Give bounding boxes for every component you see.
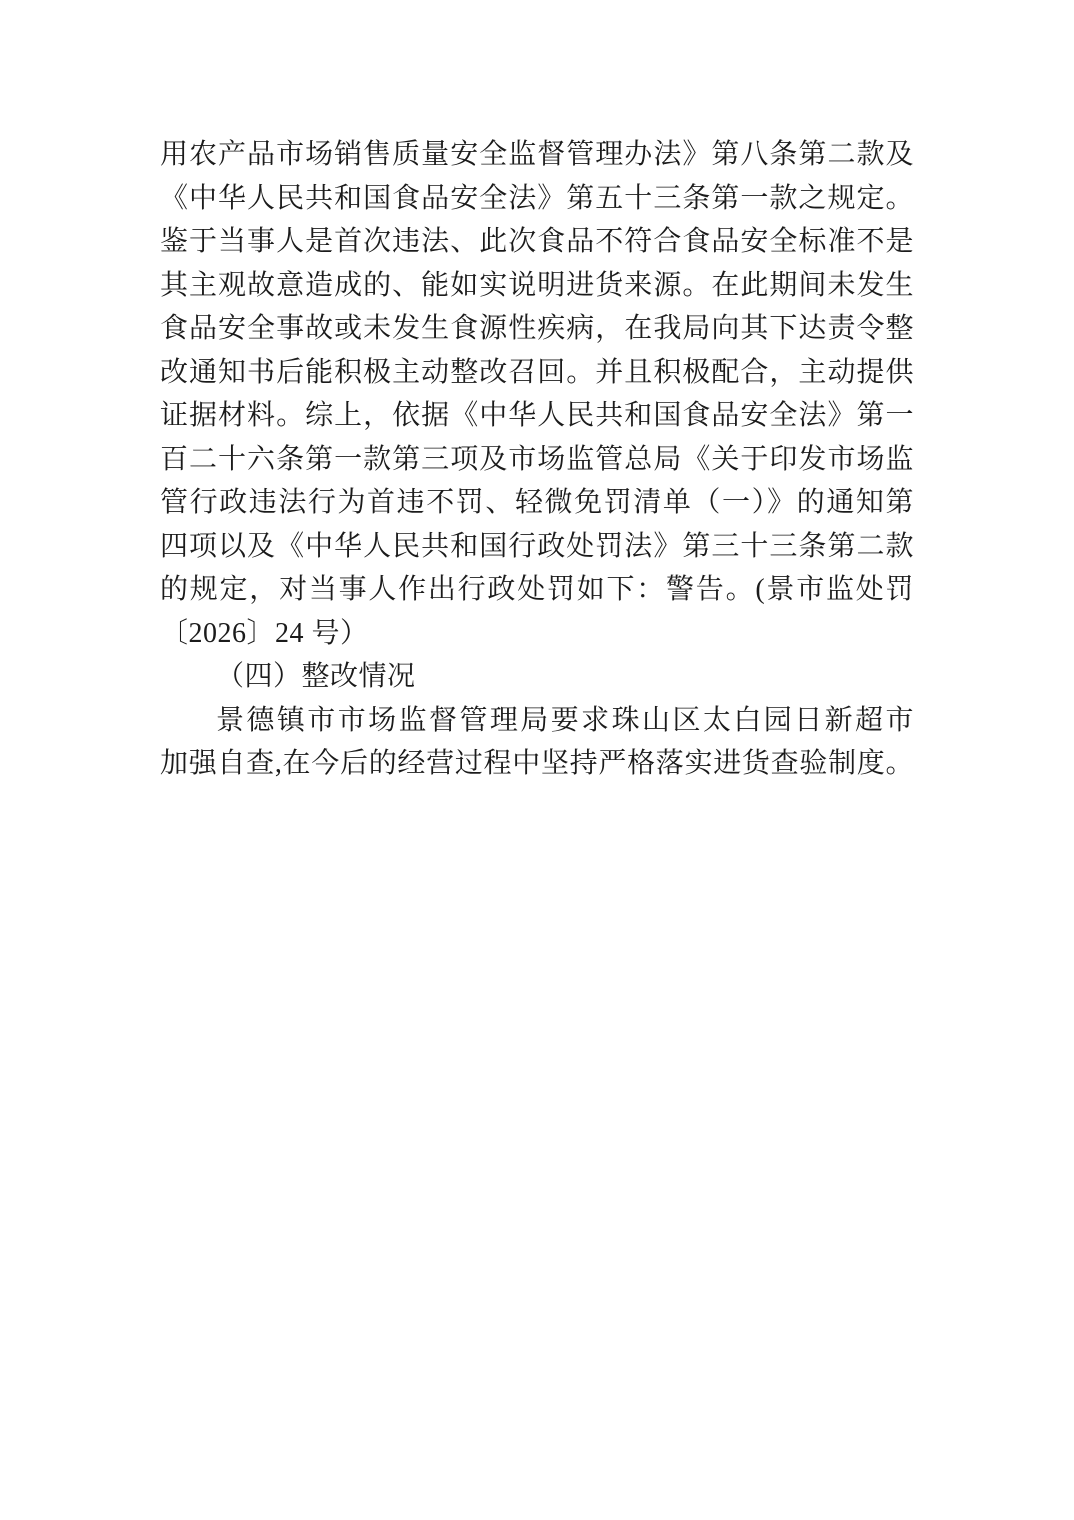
text-line-2: 《中华人民共和国食品安全法》第五十三条第一款之规定。 <box>160 177 914 221</box>
document-text-block: 用农产品市场销售质量安全监督管理办法》第八条第二款及 《中华人民共和国食品安全法… <box>160 133 914 786</box>
text-line-12-document-number: 〔2026〕24 号） <box>160 612 914 656</box>
text-line-1: 用农产品市场销售质量安全监督管理办法》第八条第二款及 <box>160 133 914 177</box>
text-line-14: 景德镇市市场监督管理局要求珠山区太白园日新超市 <box>160 699 914 743</box>
text-line-3: 鉴于当事人是首次违法、此次食品不符合食品安全标准不是 <box>160 220 914 264</box>
document-page: 用农产品市场销售质量安全监督管理办法》第八条第二款及 《中华人民共和国食品安全法… <box>0 0 1074 1520</box>
text-line-9: 管行政违法行为首违不罚、轻微免罚清单（一）》的通知第 <box>160 481 914 525</box>
text-line-5: 食品安全事故或未发生食源性疾病，在我局向其下达责令整 <box>160 307 914 351</box>
text-line-4: 其主观故意造成的、能如实说明进货来源。在此期间未发生 <box>160 264 914 308</box>
text-line-11: 的规定，对当事人作出行政处罚如下：警告。(景市监处罚 <box>160 568 914 612</box>
text-line-13-section-heading: （四）整改情况 <box>160 655 914 699</box>
text-line-15: 加强自查,在今后的经营过程中坚持严格落实进货查验制度。 <box>160 742 914 786</box>
text-line-7: 证据材料。综上，依据《中华人民共和国食品安全法》第一 <box>160 394 914 438</box>
text-line-8: 百二十六条第一款第三项及市场监管总局《关于印发市场监 <box>160 438 914 482</box>
text-line-6: 改通知书后能积极主动整改召回。并且积极配合，主动提供 <box>160 351 914 395</box>
text-line-10: 四项以及《中华人民共和国行政处罚法》第三十三条第二款 <box>160 525 914 569</box>
